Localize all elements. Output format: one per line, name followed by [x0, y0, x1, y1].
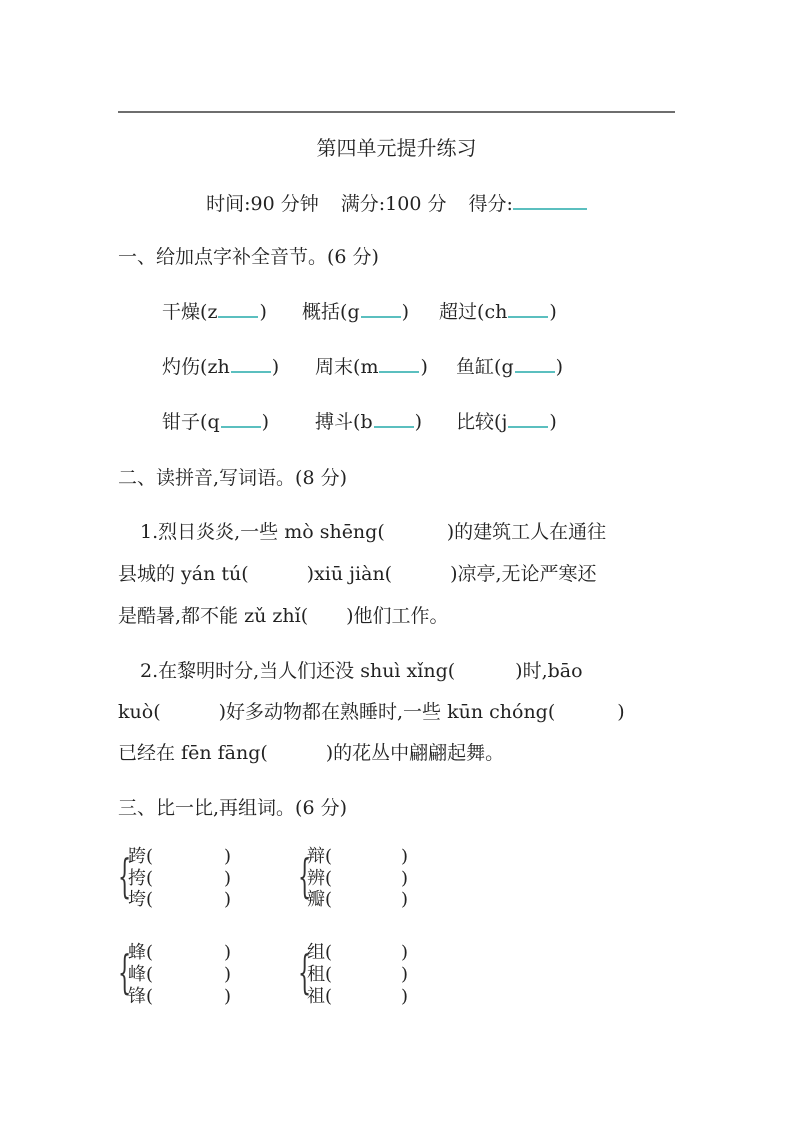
compare-row: 辩(): [307, 846, 417, 868]
s1-item: 比较(j): [456, 410, 557, 434]
answer-blank[interactable]: [515, 357, 555, 373]
s2-p2-line3: 已经在 fēn fāng()的花丛中翩翩起舞。: [118, 741, 504, 765]
compare-row: 祖(): [307, 986, 417, 1008]
top-rule: [118, 111, 675, 113]
s1-item: 钳子(q): [162, 410, 269, 434]
s1-item: 灼伤(zh): [162, 355, 279, 379]
answer-blank[interactable]: [508, 412, 548, 428]
answer-blank[interactable]: [361, 302, 401, 318]
compare-row: 辨(): [307, 868, 417, 890]
score-blank[interactable]: [513, 190, 587, 210]
answer-blank[interactable]: [508, 302, 548, 318]
compare-row: 瓣(): [307, 889, 417, 911]
compare-row: 组(): [307, 942, 417, 964]
compare-row: 挎(): [128, 868, 238, 890]
score-label: 得分:: [468, 193, 512, 215]
s1-item: 搏斗(b): [315, 410, 422, 434]
page-title: 第四单元提升练习: [0, 136, 793, 160]
section1-heading: 一、给加点字补全音节。(6 分): [118, 245, 379, 269]
s2-p2-line2: kuò()好多动物都在熟睡时,一些 kūn chóng(): [118, 700, 625, 724]
s1-item: 周末(m): [315, 355, 428, 379]
answer-blank[interactable]: [374, 412, 414, 428]
s2-p1-line2: 县城的 yán tú()xiū jiàn()凉亭,无论严寒还: [118, 562, 597, 586]
compare-row: 跨(): [128, 846, 238, 868]
s1-item: 干燥(z): [162, 300, 267, 324]
full-score-label: 满分:100 分: [341, 193, 447, 215]
time-label: 时间:90 分钟: [206, 193, 319, 215]
compare-row: 蜂(): [128, 942, 238, 964]
answer-blank[interactable]: [379, 357, 419, 373]
s2-p1-line1: 1.烈日炎炎,一些 mò shēng()的建筑工人在通往: [140, 520, 606, 544]
answer-blank[interactable]: [221, 412, 261, 428]
s2-p1-line3: 是酷暑,都不能 zǔ zhǐ()他们工作。: [118, 604, 449, 628]
section3-heading: 三、比一比,再组词。(6 分): [118, 796, 347, 820]
compare-row: 锋(): [128, 986, 238, 1008]
s1-item: 概括(g): [302, 300, 409, 324]
s2-p2-line1: 2.在黎明时分,当人们还没 shuì xǐng()时,bāo: [140, 659, 583, 683]
compare-row: 租(): [307, 964, 417, 986]
compare-row: 峰(): [128, 964, 238, 986]
section2-heading: 二、读拼音,写词语。(8 分): [118, 466, 347, 490]
answer-blank[interactable]: [231, 357, 271, 373]
answer-blank[interactable]: [218, 302, 258, 318]
s1-item: 超过(ch): [439, 300, 557, 324]
exam-meta: 时间:90 分钟满分:100 分得分:: [0, 190, 793, 216]
compare-row: 垮(): [128, 889, 238, 911]
s1-item: 鱼缸(g): [456, 355, 563, 379]
